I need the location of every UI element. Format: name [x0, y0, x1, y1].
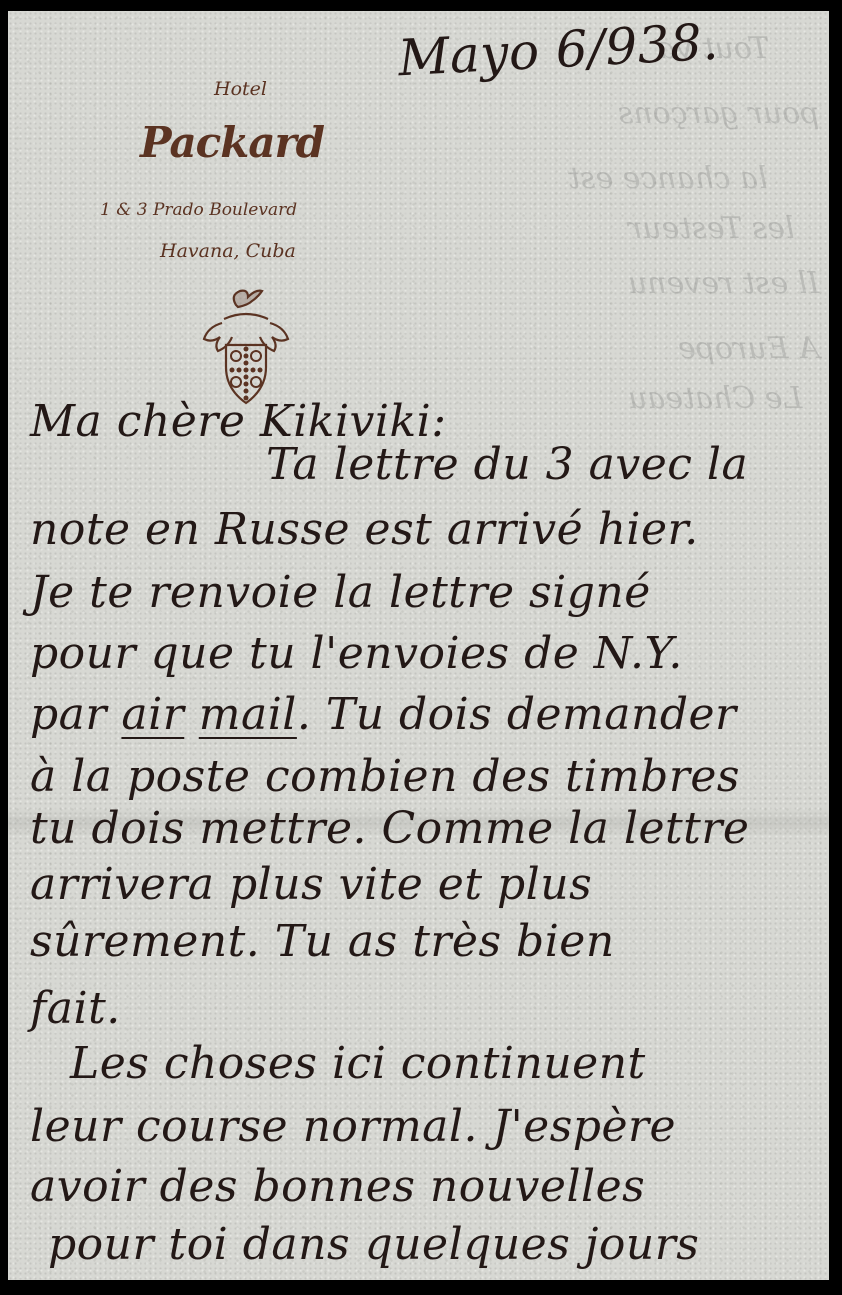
show-through-line: pour garçons	[618, 96, 819, 131]
letterhead-address: 1 & 3 Prado Boulevard	[100, 200, 297, 220]
underlined-word-mail: mail	[199, 689, 297, 740]
body-line: leur course normal. J'espère	[30, 1101, 676, 1152]
show-through-line: Il est revenu	[628, 266, 819, 301]
letter-page: Tout va pour garçons la chance est les T…	[8, 11, 829, 1280]
body-line: pour que tu l'envoies de N.Y.	[30, 628, 683, 679]
coat-of-arms-icon	[196, 283, 296, 408]
letterhead-city: Havana, Cuba	[160, 240, 296, 262]
body-line: fait.	[30, 983, 121, 1034]
body-line: Les choses ici continuent	[70, 1038, 646, 1089]
body-line: note en Russe est arrivé hier.	[30, 504, 699, 555]
letter-date: Mayo 6/938.	[397, 13, 720, 88]
body-line: avoir des bonnes nouvelles	[30, 1161, 645, 1212]
body-text	[184, 689, 199, 740]
body-line: pour toi dans quelques jours	[48, 1219, 699, 1270]
body-line: Ta lettre du 3 avec la	[266, 439, 748, 490]
show-through-line: Le Chateau	[628, 381, 802, 416]
body-text: par	[30, 689, 121, 740]
body-text: . Tu dois demander	[297, 689, 737, 740]
body-line: à la poste combien des timbres	[30, 751, 740, 802]
body-line: sûrement. Tu as très bien	[30, 916, 615, 967]
body-line: tu dois mettre. Comme la lettre	[30, 803, 749, 854]
show-through-line: les Testeur	[628, 211, 795, 246]
letterhead-hotel-name: Packard	[140, 118, 324, 167]
show-through-line: la chance est	[568, 161, 768, 196]
body-line: par air mail. Tu dois demander	[30, 689, 737, 740]
body-line: Je te renvoie la lettre signé	[30, 567, 651, 618]
underlined-word-air: air	[121, 689, 184, 740]
body-line: arrivera plus vite et plus	[30, 859, 592, 910]
show-through-line: A Europe	[678, 331, 820, 366]
letterhead-hotel: Hotel	[214, 78, 267, 100]
